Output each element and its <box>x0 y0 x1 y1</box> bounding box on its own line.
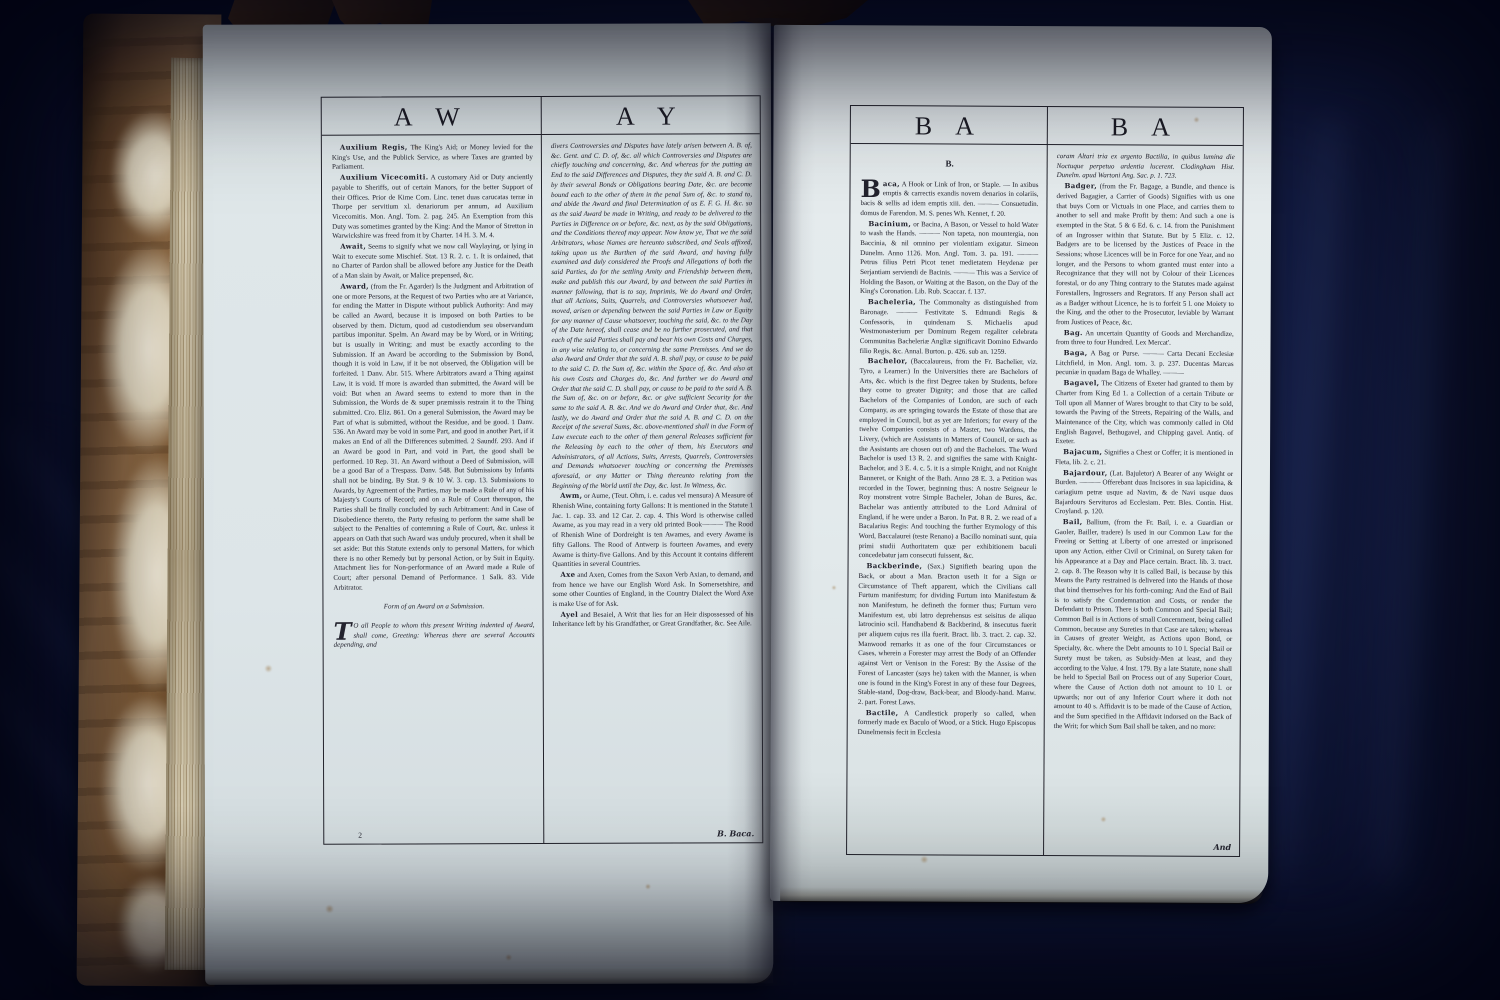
entry-backberinde: Backberinde, (Sax.) Signifieth bearing u… <box>858 561 1037 708</box>
entry-auxilium-vicecomiti: Auxilium Vicecomiti. A customary Aid or … <box>332 172 533 242</box>
entry-text: (from the Fr. Bagage, a Bundle, and then… <box>1056 182 1235 326</box>
left-page-column-2: divers Controversies and Disputes have l… <box>541 134 762 842</box>
catchword-and: And <box>1213 843 1231 853</box>
foxing-spot <box>831 585 836 590</box>
right-page-column-2: coram Altari tria ex argento Bactilia, i… <box>1043 145 1243 856</box>
entry-bajacum: Bajacum, Signifies a Chest or Coffer; it… <box>1055 447 1233 468</box>
entry-text: An uncertain Quantity of Goods and Merch… <box>1056 329 1234 347</box>
entry-bail: Bail, Ballium, (from the Fr. Bail, i. e.… <box>1054 517 1233 732</box>
headword: Auxilium Regis, <box>340 142 408 151</box>
entry-text: and Axen, Comes from the Saxon Verb Axia… <box>552 570 753 608</box>
entry-text: (Sax.) Signifieth bearing upon the Back,… <box>858 563 1037 707</box>
headword: Award, <box>340 281 369 290</box>
award-form-continuation: divers Controversies and Disputes have l… <box>551 141 753 491</box>
headword: Bajardour, <box>1063 468 1108 477</box>
entry-text: O all People to whom this present Writin… <box>334 621 535 649</box>
headword: Bagavel, <box>1063 378 1099 387</box>
form-of-award-heading: Form of an Award on a Submission. <box>333 602 534 612</box>
right-text-block: B A B A B. Baca, A Hook or Link of Iron,… <box>846 105 1244 857</box>
headword: Backberinde, <box>867 561 923 570</box>
headword: Bajacum, <box>1063 447 1102 456</box>
headword: aca, <box>883 179 900 188</box>
foxing-spot <box>920 856 928 864</box>
entry-bactile: Bactile, A Candlestick properly so calle… <box>858 708 1036 739</box>
drop-cap-T: T <box>334 622 354 641</box>
entry-bag: Bag. An uncertain Quantity of Goods and … <box>1056 328 1234 349</box>
signature-mark: 2 <box>358 830 362 840</box>
headword: Bag. <box>1064 328 1083 337</box>
headword: Bachelor, <box>868 356 908 365</box>
award-form-opening: TO all People to whom this present Writi… <box>334 621 535 651</box>
entry-text: or Bacina, A Bason, or Vessel to hold Wa… <box>860 220 1038 296</box>
headword: Ayel <box>560 610 578 619</box>
running-head-aw: A W <box>322 100 541 133</box>
headword: Bactile, <box>866 708 899 717</box>
headword: Auxilium Vicecomiti. <box>340 173 428 182</box>
headword: Bacheleria, <box>868 297 916 306</box>
section-letter-b: B. <box>861 159 1039 170</box>
catchword-b-baca: B. Baca. <box>717 829 754 839</box>
headword: Await, <box>340 242 366 251</box>
headword: Baga, <box>1064 348 1088 357</box>
entry-text: (Baccalaureus, from the Fr. Bachelier, v… <box>859 358 1038 560</box>
entry-text: A customary Aid or Duty anciently payabl… <box>332 173 533 240</box>
entry-bacinium: Bacinium, or Bacina, A Bason, or Vessel … <box>860 219 1038 299</box>
entry-baca: Baca, A Hook or Link of Iron, or Staple.… <box>860 179 1038 220</box>
entry-badger: Badger, (from the Fr. Bagage, a Bundle, … <box>1056 181 1235 328</box>
entry-baga: Baga, A Bag or Purse. ——— Carta Decani E… <box>1056 348 1234 379</box>
entry-text: (from the Fr. Agarder) Is the Judgment a… <box>332 282 534 591</box>
entry-bachelor: Bachelor, (Baccalaureus, from the Fr. Ba… <box>859 356 1038 562</box>
entry-text: and Besaiel, A Writ that lies for an Hei… <box>553 610 754 628</box>
running-head-ba-left: B A <box>851 108 1047 141</box>
entry-text: or Aume, (Teut. Ohm, i. e. cadus vel men… <box>552 492 753 569</box>
foxing-spot <box>505 954 512 961</box>
foxing-spot <box>325 904 334 913</box>
entry-ayel: Ayel and Besaiel, A Writ that lies for a… <box>552 609 753 630</box>
entry-await: Await, Seems to signify what we now call… <box>332 241 533 282</box>
foxing-spot <box>645 884 651 890</box>
drop-cap-B: B <box>860 179 882 198</box>
entry-text: Ballium, (from the Fr. Bail, i. e. a Gua… <box>1054 518 1233 730</box>
velvet-fold-right <box>1280 120 1500 880</box>
photo-of-open-law-dictionary: A W A Y Auxilium Regis, The King's Aid; … <box>0 0 1500 1000</box>
entry-bajardour: Bajardour, (Lat. Bajuletor) A Bearer of … <box>1055 468 1233 518</box>
entry-text: The Citizens of Exeter had granted to th… <box>1055 379 1233 445</box>
entry-axe: Axe and Axen, Comes from the Saxon Verb … <box>552 569 753 610</box>
entry-text: divers Controversies and Disputes have l… <box>551 141 753 489</box>
headword: Awm, <box>560 491 582 500</box>
entry-bagavel: Bagavel, The Citizens of Exeter had gran… <box>1055 378 1233 448</box>
left-text-block: A W A Y Auxilium Regis, The King's Aid; … <box>321 95 764 845</box>
headword: Bacinium, <box>868 219 911 228</box>
bactile-continuation: coram Altari tria ex argento Bactilia, i… <box>1057 152 1235 182</box>
left-page-column-1: Auxilium Regis, The King's Aid; or Money… <box>322 135 543 843</box>
running-head-ba-right: B A <box>1047 110 1243 143</box>
running-head-ay: A Y <box>541 99 760 132</box>
entry-award: Award, (from the Fr. Agarder) Is the Jud… <box>332 281 534 593</box>
headword: Badger, <box>1065 181 1097 190</box>
headword: Bail, <box>1063 517 1083 526</box>
entry-text: coram Altari tria ex argento Bactilia, i… <box>1057 152 1235 180</box>
entry-text: The Commonalty as distinguished from Bar… <box>860 298 1038 355</box>
foxing-spot <box>264 665 272 673</box>
entry-awm: Awm, or Aume, (Teut. Ohm, i. e. cadus ve… <box>552 491 753 570</box>
entry-auxilium-regis: Auxilium Regis, The King's Aid; or Money… <box>332 142 533 173</box>
headword: Axe <box>560 570 575 579</box>
right-page-column-1: B. Baca, A Hook or Link of Iron, or Stap… <box>847 144 1047 855</box>
entry-bacheleria: Bacheleria, The Commonalty as distinguis… <box>860 297 1038 357</box>
